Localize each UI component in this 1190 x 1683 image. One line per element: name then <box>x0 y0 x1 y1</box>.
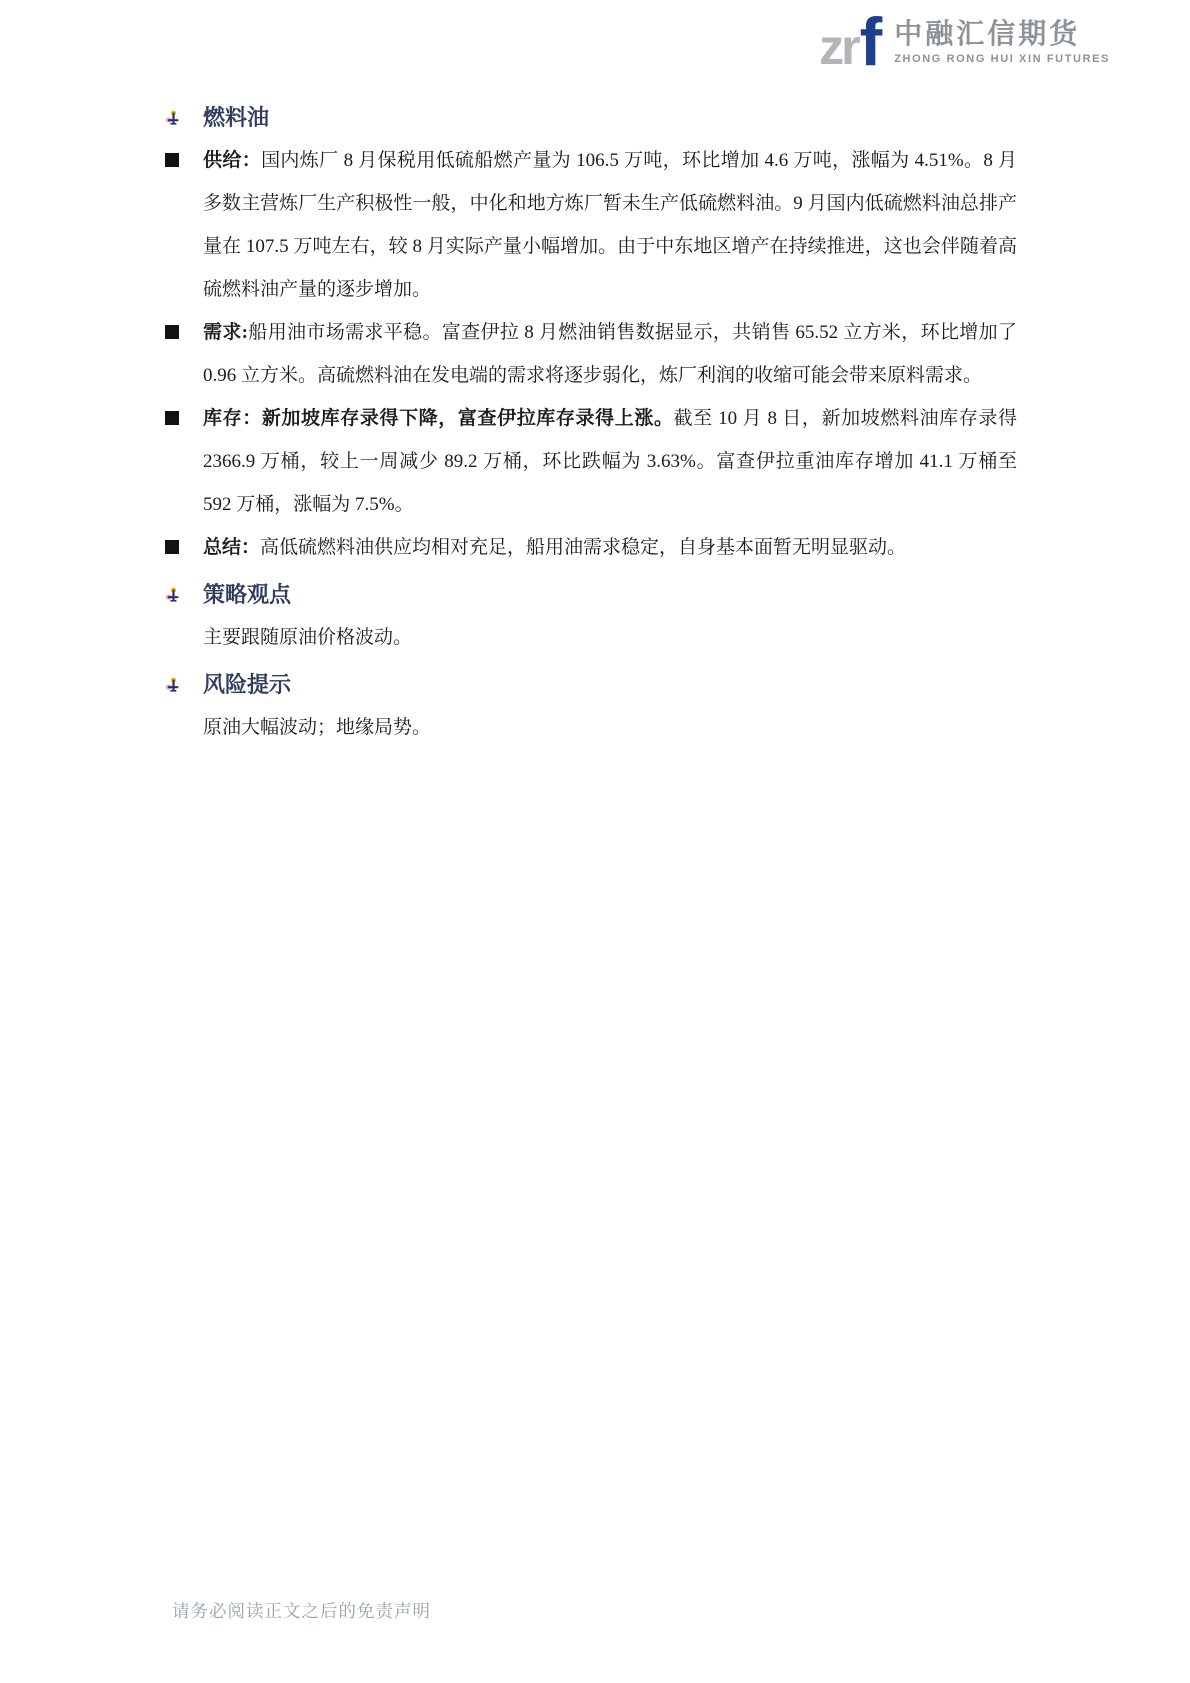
section-title: 策略观点 <box>203 573 291 616</box>
logo-company-tagline: ZHONG RONG HUI XIN FUTURES <box>894 53 1110 65</box>
section-heading-strategy: 策略观点 <box>165 573 1017 616</box>
report-page: z r f 中融汇信期货 ZHONG RONG HUI XIN FUTURES … <box>0 0 1190 1683</box>
bullet-item-text: 总结：高低硫燃料油供应均相对充足，船用油需求稳定，自身基本面暂无明显驱动。 <box>203 526 1017 569</box>
bullet-item: 库存：新加坡库存录得下降，富查伊拉库存录得上涨。截至 10 月 8 日，新加坡燃… <box>165 397 1017 526</box>
report-body: 燃料油 供给：国内炼厂 8 月保税用低硫船燃产量为 106.5 万吨，环比增加 … <box>165 96 1017 749</box>
bullet-item: 需求:船用油市场需求平稳。富查伊拉 8 月燃油销售数据显示，共销售 65.52 … <box>165 311 1017 397</box>
square-bullet-icon <box>165 153 179 167</box>
section-heading-fuel-oil: 燃料油 <box>165 96 1017 139</box>
logo-letter-z: z <box>819 28 841 67</box>
strategy-paragraph: 主要跟随原油价格波动。 <box>203 616 1017 659</box>
fuel-oil-bullet-list: 供给：国内炼厂 8 月保税用低硫船燃产量为 106.5 万吨，环比增加 4.6 … <box>165 139 1017 569</box>
company-logo: z r f 中融汇信期货 ZHONG RONG HUI XIN FUTURES <box>819 18 1110 67</box>
colored-down-arrow-icon <box>165 587 181 603</box>
bullet-item-text: 需求:船用油市场需求平稳。富查伊拉 8 月燃油销售数据显示，共销售 65.52 … <box>203 311 1017 397</box>
section-title: 燃料油 <box>203 96 269 139</box>
section-heading-risk: 风险提示 <box>165 663 1017 706</box>
colored-down-arrow-icon <box>165 110 181 126</box>
square-bullet-icon <box>165 325 179 339</box>
bullet-item-text: 库存：新加坡库存录得下降，富查伊拉库存录得上涨。截至 10 月 8 日，新加坡燃… <box>203 397 1017 526</box>
footer-disclaimer: 请务必阅读正文之后的免责声明 <box>172 1598 431 1623</box>
logo-company-name: 中融汇信期货 <box>894 19 1110 50</box>
risk-paragraph: 原油大幅波动；地缘局势。 <box>203 706 1017 749</box>
square-bullet-icon <box>165 411 179 425</box>
logo-letter-r: r <box>841 28 857 67</box>
logo-zrf-mark: z r f <box>819 18 880 67</box>
logo-text-block: 中融汇信期货 ZHONG RONG HUI XIN FUTURES <box>894 19 1110 67</box>
logo-letter-f: f <box>860 18 881 67</box>
bullet-item-text: 供给：国内炼厂 8 月保税用低硫船燃产量为 106.5 万吨，环比增加 4.6 … <box>203 139 1017 311</box>
square-bullet-icon <box>165 540 179 554</box>
colored-down-arrow-icon <box>165 677 181 693</box>
section-title: 风险提示 <box>203 663 291 706</box>
bullet-item: 总结：高低硫燃料油供应均相对充足，船用油需求稳定，自身基本面暂无明显驱动。 <box>165 526 1017 569</box>
bullet-item: 供给：国内炼厂 8 月保税用低硫船燃产量为 106.5 万吨，环比增加 4.6 … <box>165 139 1017 311</box>
